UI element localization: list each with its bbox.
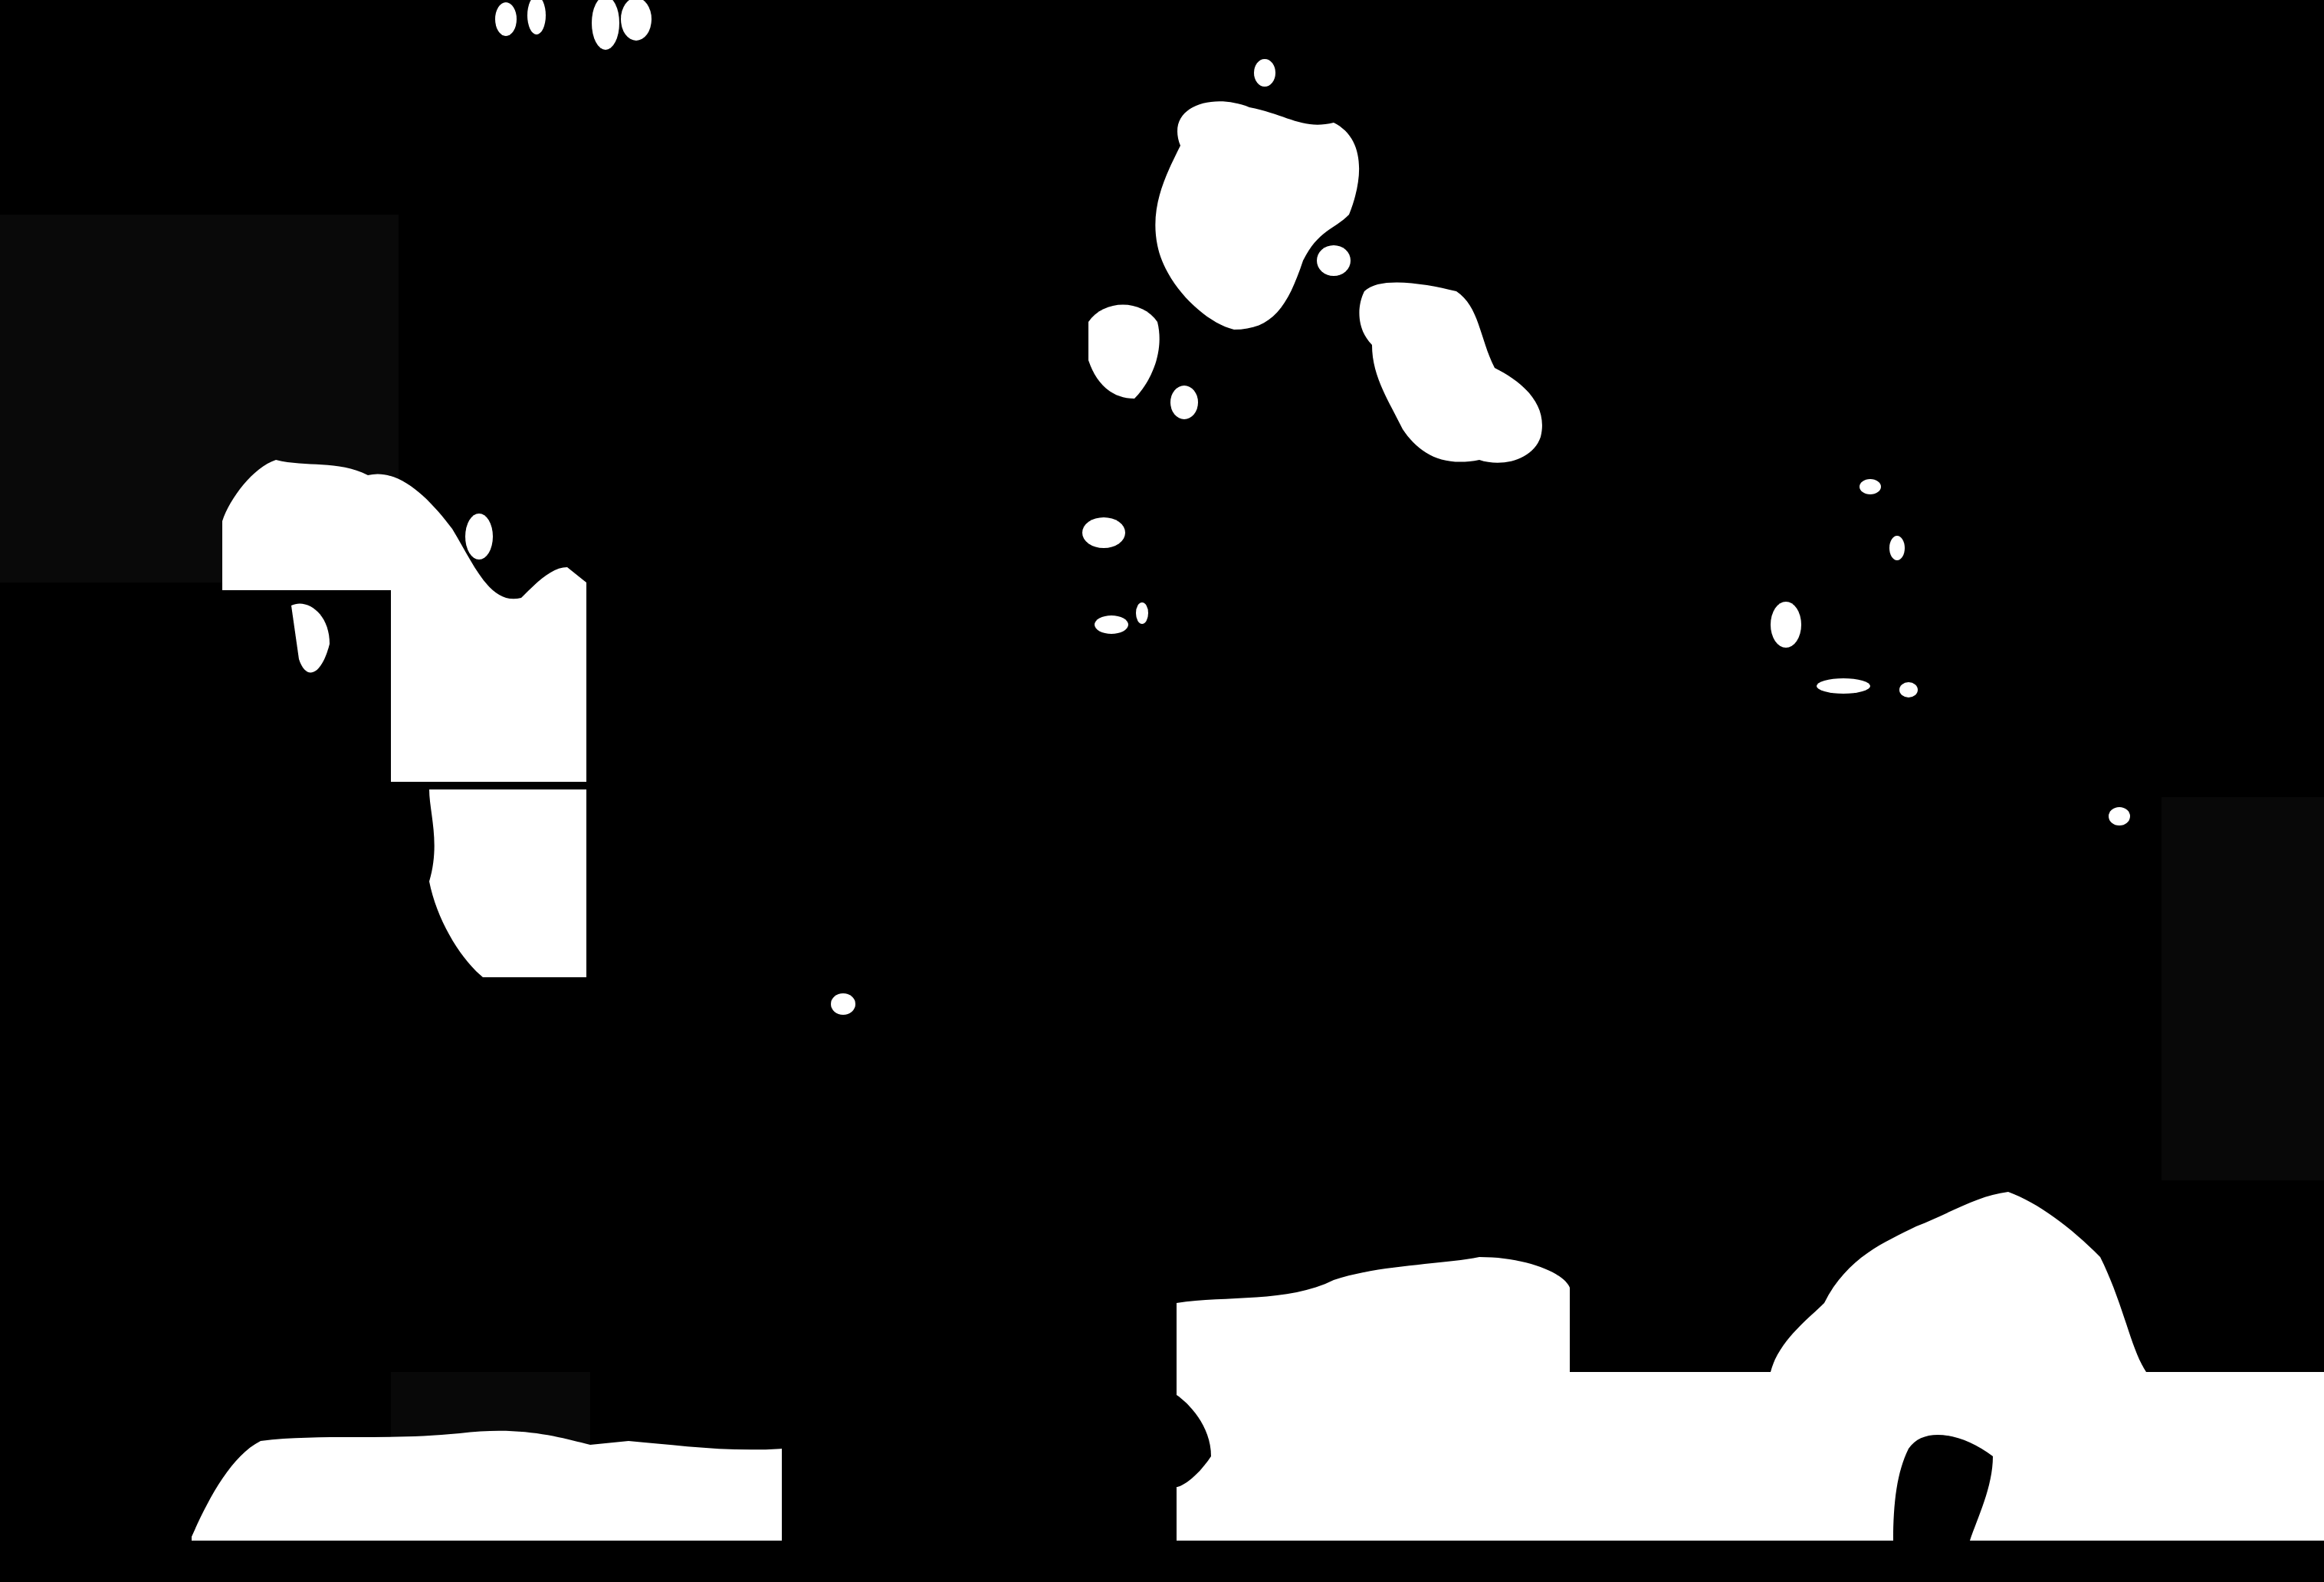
cloud-mask-image [0,0,2324,1582]
cloud-bottom-left [192,1431,782,1541]
bottom-band [0,1541,2324,1582]
